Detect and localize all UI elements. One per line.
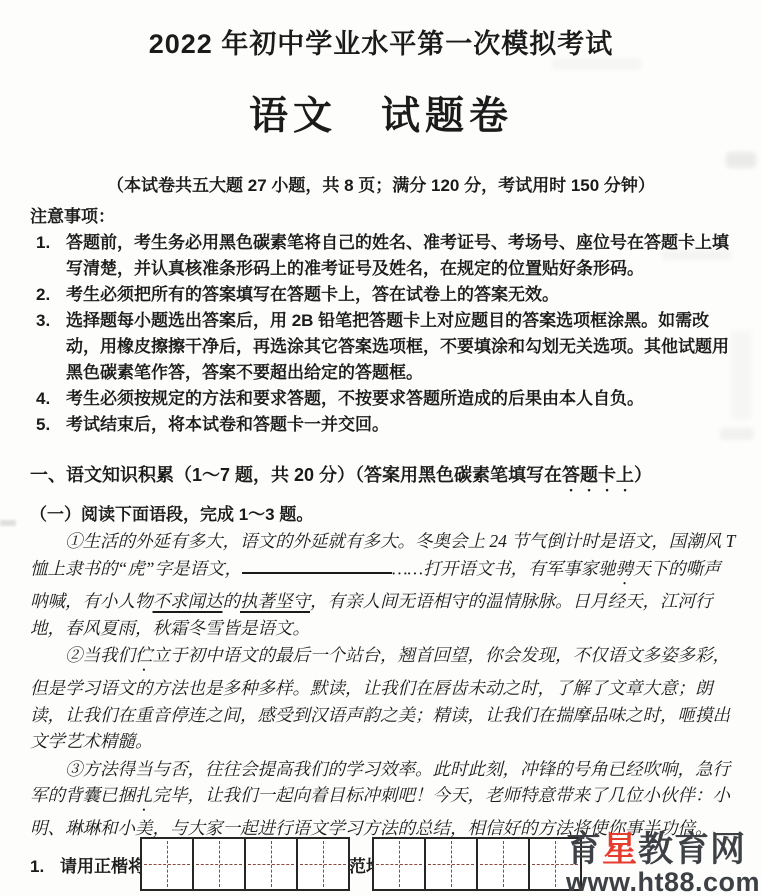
scan-artifact [720,428,754,440]
text-segment: 的 [223,591,241,611]
scan-artifact [730,330,752,420]
watermark-site-name: 育星教育网 [566,832,760,867]
notice-text: 答题前，考生务必用黑色碳素笔将自己的姓名、准考证号、考场号、座位号在答题卡上填写… [66,230,736,282]
watermark-name-pre: 育 [566,830,602,869]
passage-intro: （一）阅读下面语段，完成 1～3 题。 [30,502,736,527]
text-segment: ……打开语文书，有军事家驰 [392,558,616,578]
tianzige-cell [426,839,478,889]
watermark-site-url: www.ht88.com [566,869,760,896]
text-segment-dot: 扎 [135,785,153,805]
question-number: 1. [30,854,60,879]
text-segment-dot: 伫 [135,645,153,665]
scan-artifact [726,152,756,168]
tianzige-group [372,837,582,891]
notice-item: 5. 考试结束后，将本试卷和答题卡一并交回。 [30,412,736,438]
tianzige-cell [194,839,246,889]
exam-paper-page: 2022 年初中学业水平第一次模拟考试 语文 试题卷 （本试卷共五大题 27 小… [0,0,762,896]
tianzige-cell [478,839,530,889]
notice-item: 2. 考生必须把所有的答案填写在答题卡上，答在试卷上的答案无效。 [30,282,736,308]
scan-artifact [0,520,16,526]
tianzige-group [140,837,350,891]
notice-text: 考生必须按规定的方法和要求答题，不按要求答题所造成的后果由本人自负。 [66,386,736,412]
exam-title: 2022 年初中学业水平第一次模拟考试 [0,0,762,61]
passage-paragraph-3: ③方法得当与否，往往会提高我们的学习效率。此时此刻，冲锋的号角已经吹响，急行军的… [30,756,736,842]
notices-heading: 注意事项： [30,204,736,230]
notices-section: 注意事项： 1. 答题前，考生务必用黑色碳素笔将自己的姓名、准考证号、考场号、座… [30,204,736,438]
text-segment: ②当我们 [65,645,135,665]
scan-artifact [552,58,642,70]
notice-item: 1. 答题前，考生务必用黑色碳素笔将自己的姓名、准考证号、考场号、座位号在答题卡… [30,230,736,282]
notice-text: 考试结束后，将本试卷和答题卡一并交回。 [66,412,736,438]
tianzige-cell [142,839,194,889]
text-segment-u: 执著坚守 [240,591,310,611]
tianzige-cell [246,839,298,889]
notice-number: 4. [30,386,66,412]
passage-paragraph-1: ①生活的外延有多大，语文的外延就有多大。冬奥会上 24 节气倒计时是语文，国潮风… [30,528,736,641]
section-one-heading: 一、语文知识积累（1～7 题，共 20 分）（答案用黑色碳素笔填写在答题卡上） [30,462,736,495]
text-segment: 一、语文知识积累（1～7 题，共 20 分）（答案用黑色碳素笔填写在 [30,465,562,485]
notice-text: 选择题每小题选出答案后，用 2B 铅笔把答题卡上对应题目的答案选项框涂黑。如需改… [66,308,736,386]
text-segment-dot: 答题卡上 [562,465,634,485]
notice-item: 4. 考生必须按规定的方法和要求答题，不按要求答题所造成的后果由本人自负。 [30,386,736,412]
tianzige-cell [374,839,426,889]
paper-title: 语文 试题卷 [0,85,762,141]
tianzige-grid [140,837,582,891]
text-segment: ） [634,465,652,485]
watermark-name-post: 教育网 [638,830,746,869]
passage-paragraph-2: ②当我们伫立于初中语文的最后一个站台，翘首回望，你会发现，不仅语文多姿多彩，但是… [30,642,736,755]
notice-number: 1. [30,230,66,282]
notice-number: 3. [30,308,66,386]
text-segment-dot: 骋 [616,558,634,578]
watermark: 育星教育网 www.ht88.com [566,832,760,896]
notice-text: 考生必须把所有的答案填写在答题卡上，答在试卷上的答案无效。 [66,282,736,308]
text-segment-u: 不求闻达 [153,591,223,611]
tianzige-cell [298,839,348,889]
notice-number: 2. [30,282,66,308]
notice-number: 5. [30,412,66,438]
notice-item: 3. 选择题每小题选出答案后，用 2B 铅笔把答题卡上对应题目的答案选项框涂黑。… [30,308,736,386]
scan-artifact [662,250,732,260]
text-segment-blank [242,555,392,575]
paper-meta-line: （本试卷共五大题 27 小题，共 8 页；满分 120 分，考试用时 150 分… [0,171,762,196]
watermark-name-red: 星 [602,830,638,869]
